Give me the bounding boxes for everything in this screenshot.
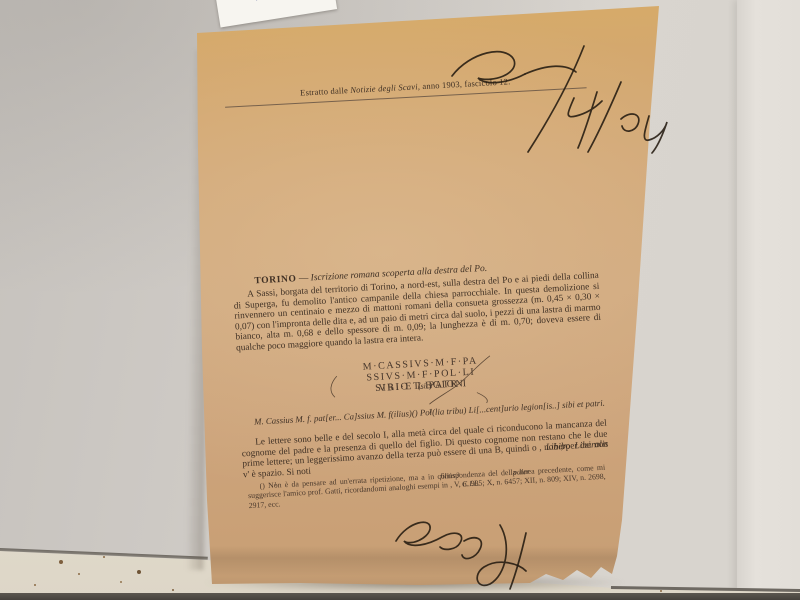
photograph-of-offprint: Estratto dalle Notizie degli Scavi, anno… bbox=[0, 0, 800, 600]
floor-debris bbox=[0, 0, 2, 2]
handwritten-annotation bbox=[428, 22, 668, 162]
handwritten-signature bbox=[380, 505, 575, 595]
article-title-city: TORINO bbox=[254, 274, 296, 286]
article-title-dash: — bbox=[296, 273, 311, 284]
citation-prefix: Estratto dalle bbox=[300, 85, 351, 98]
right-wall-panel bbox=[737, 0, 800, 600]
